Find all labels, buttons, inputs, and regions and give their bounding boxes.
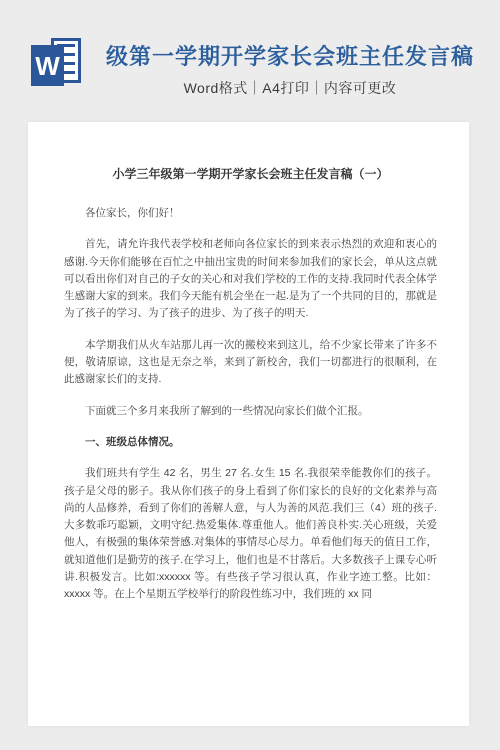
- doc-paragraph: 本学期我们从火车站那儿再一次的搬校来到这儿，给不少家长带来了许多不便，敬请原谅，…: [64, 337, 437, 389]
- document-body: 各位家长，你们好！首先，请允许我代表学校和老师向各位家长的到来表示热烈的欢迎和衷…: [64, 205, 437, 604]
- doc-section-heading: 一、班级总体情况。: [64, 434, 437, 451]
- page-title: 级第一学期开学家长会班主任发言稿: [86, 44, 494, 70]
- header-text: 级第一学期开学家长会班主任发言稿 Word格式｜A4打印｜内容可更改: [86, 44, 494, 98]
- document-title: 小学三年级第一学期开学家长会班主任发言稿（一）: [64, 166, 437, 183]
- document-preview: 小学三年级第一学期开学家长会班主任发言稿（一） 各位家长，你们好！首先，请允许我…: [28, 122, 469, 726]
- doc-paragraph: 各位家长，你们好！: [64, 205, 437, 222]
- doc-paragraph: 下面就三个多月来我所了解到的一些情况向家长们做个汇报。: [64, 403, 437, 420]
- template-preview-page: W 级第一学期开学家长会班主任发言稿 Word格式｜A4打印｜内容可更改 小学三…: [0, 0, 500, 750]
- word-icon: W: [31, 36, 83, 86]
- word-icon-letter: W: [31, 45, 64, 86]
- doc-paragraph: 首先，请允许我代表学校和老师向各位家长的到来表示热烈的欢迎和衷心的感谢.今天你们…: [64, 236, 437, 322]
- page-subtitle: Word格式｜A4打印｜内容可更改: [86, 78, 494, 98]
- doc-paragraph: 我们班共有学生 42 名，男生 27 名.女生 15 名.我很荣幸能教你们的孩子…: [64, 465, 437, 603]
- header: W 级第一学期开学家长会班主任发言稿 Word格式｜A4打印｜内容可更改: [0, 0, 500, 122]
